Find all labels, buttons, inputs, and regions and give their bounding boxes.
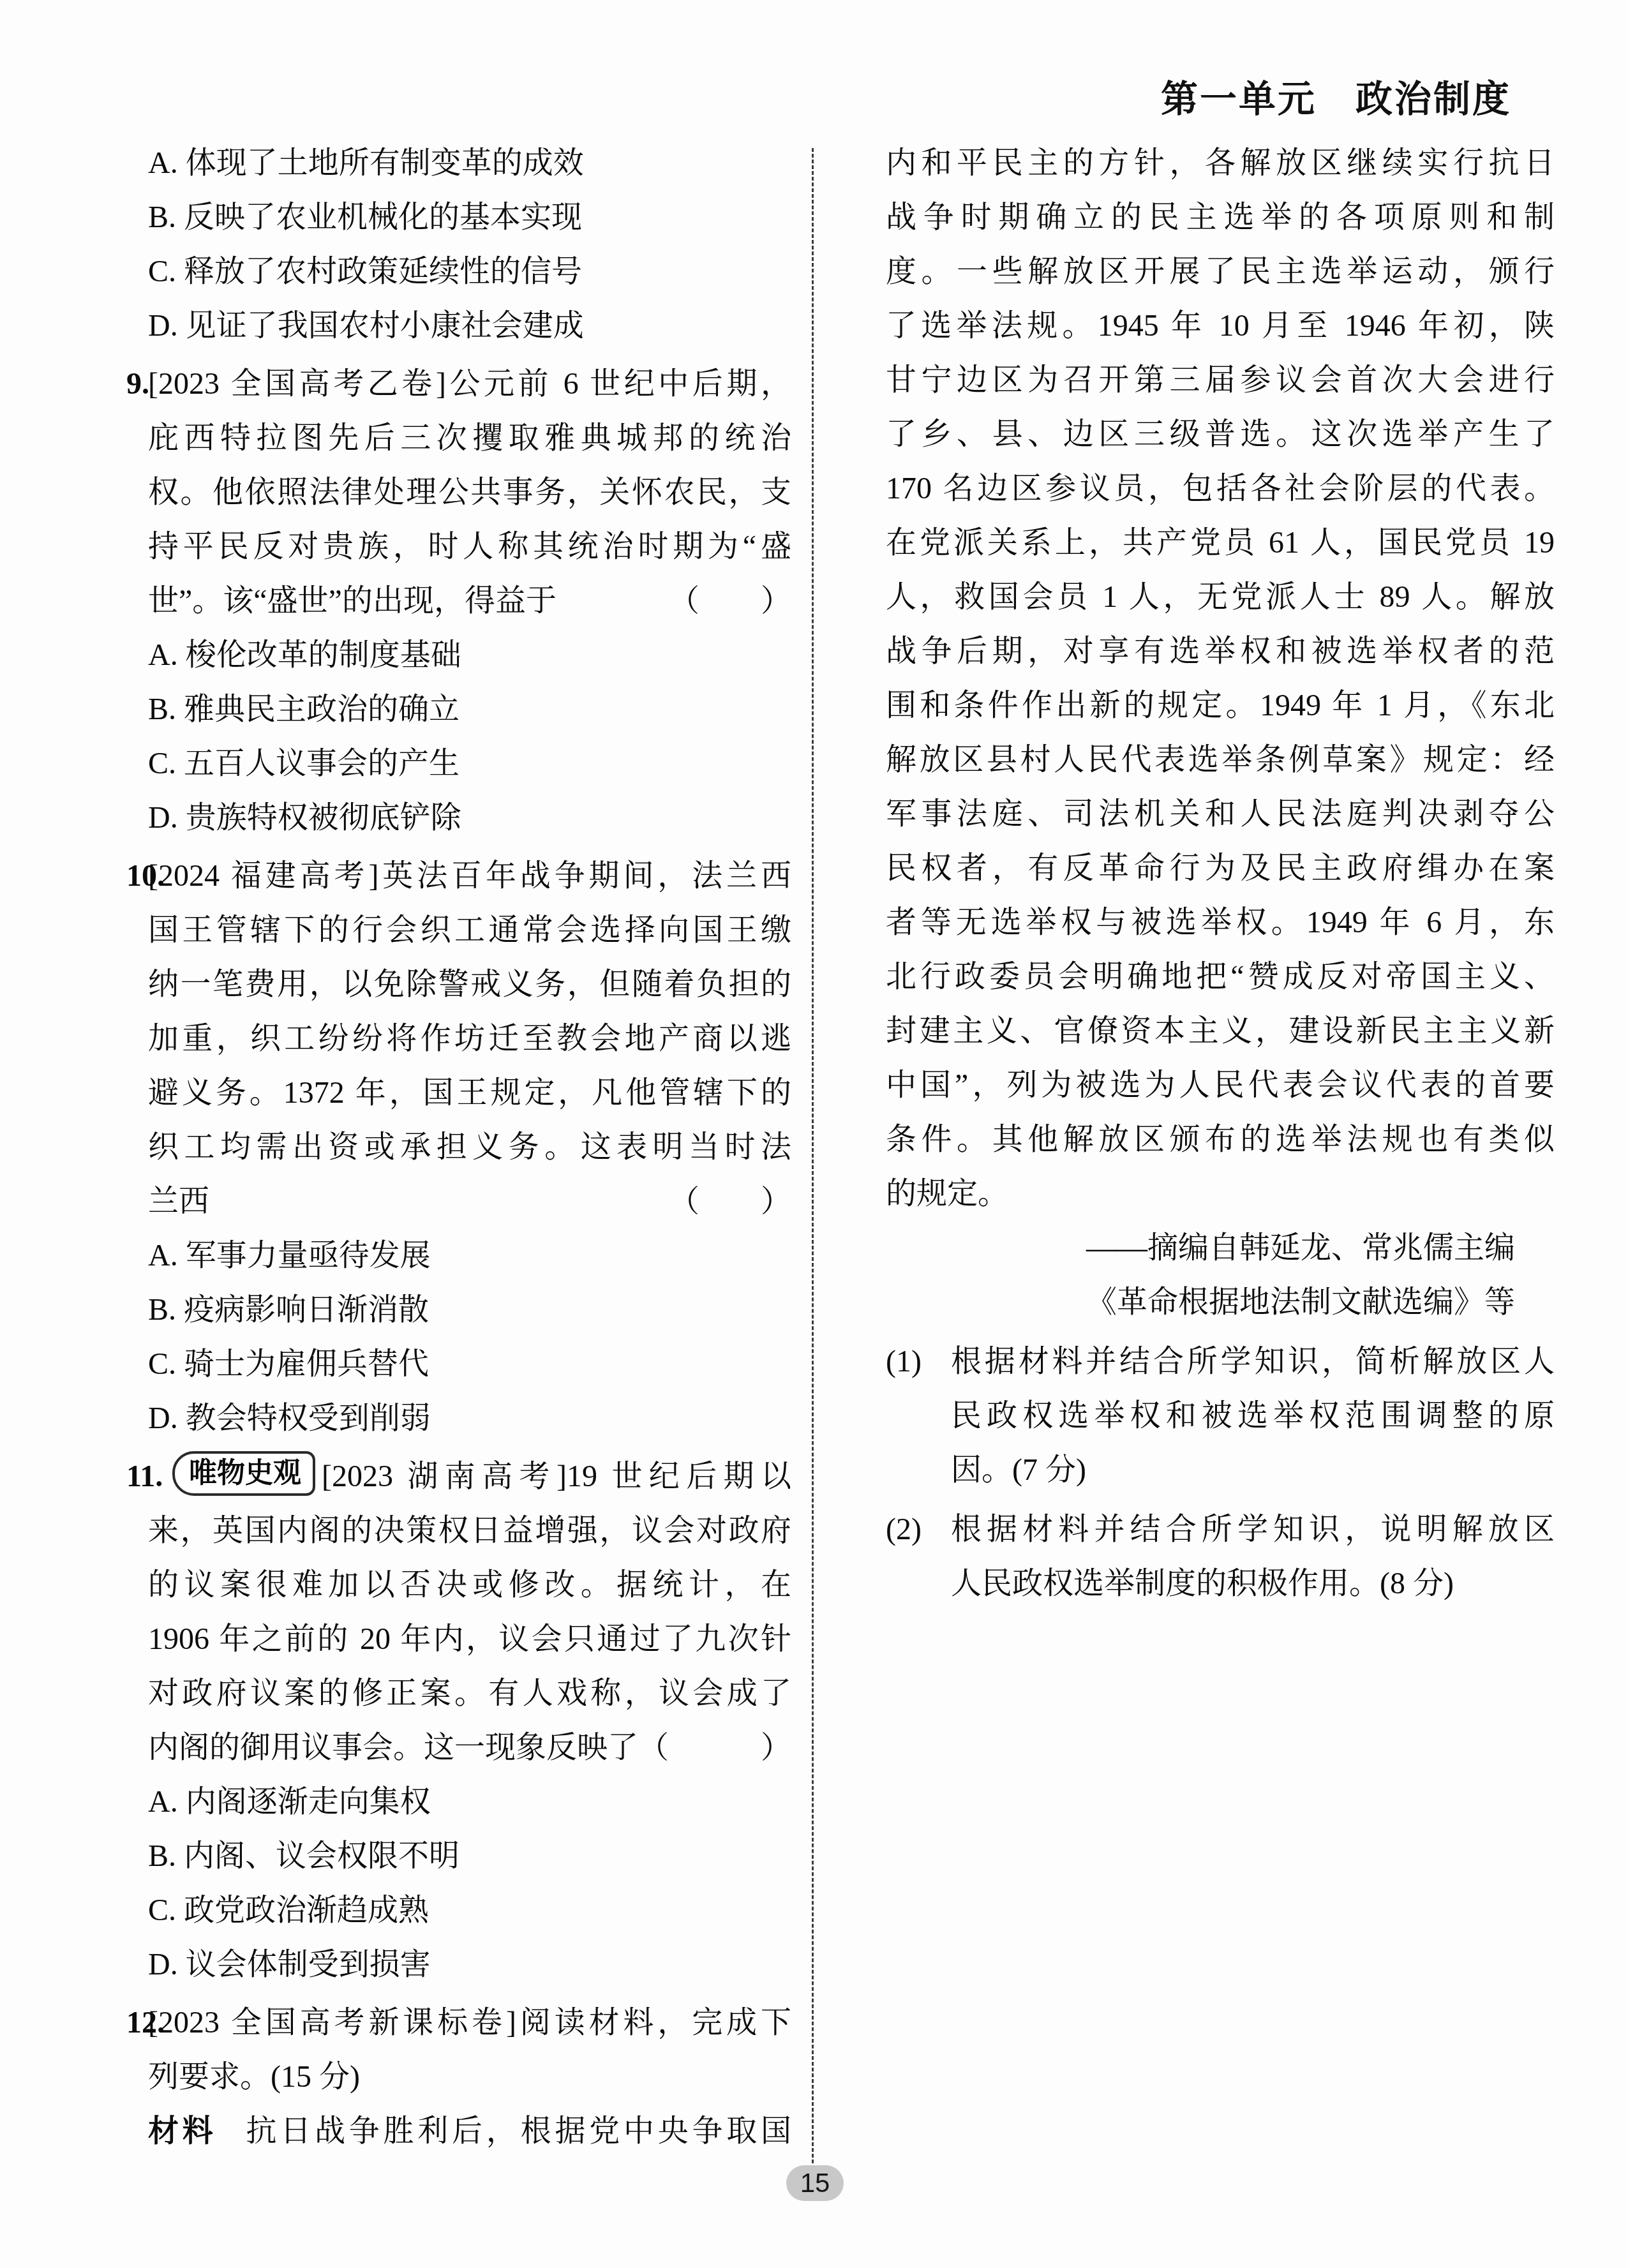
right-column: 内和平民主的方针，各解放区继续实行抗日 战争时期确立的民主选举的各项原则和制 度… [886,136,1555,1611]
question-stem-line: [2023 全国高考新课标卷]阅读材料，完成下 [148,1996,791,2050]
question-stem-line: 对政府议案的修正案。有人戏称，议会成了 [148,1666,791,1720]
question-number: 9. [126,357,149,411]
paragraph-line: 战争时期确立的民主选举的各项原则和制 [886,190,1555,244]
option-a: A. 军事力量亟待发展 [148,1228,791,1283]
sub-question-1: (1) 根据材料并结合所学知识，简析解放区人 民政权选举权和被选举权范围调整的原… [886,1334,1555,1497]
question-9: 9. [2023 全国高考乙卷]公元前 6 世纪中后期， 庇西特拉图先后三次攫取… [148,357,791,845]
question-number: 12. [126,1996,165,2050]
question-11: 11. 唯物史观[2023 湖南高考]19 世纪后期以 来，英国内阁的决策权日益… [148,1449,791,1992]
historical-materialism-badge: 唯物史观 [172,1451,315,1496]
paragraph-line: 封建主义、官僚资本主义，建设新民主主义新 [886,1004,1555,1058]
option-b: B. 内阁、议会权限不明 [148,1829,791,1883]
material-text: 抗日战争胜利后，根据党中央争取国 [246,2114,791,2148]
sub-question-line: 民政权选举权和被选举权范围调整的原 [951,1389,1555,1443]
paragraph-line: 中国”，列为被选为人民代表会议代表的首要 [886,1058,1555,1112]
paragraph-line: 者等无选举权与被选举权。1949 年 6 月，东 [886,895,1555,950]
paragraph-line: 条件。其他解放区颁布的选举法规也有类似 [886,1112,1555,1167]
paragraph-line: 军事法庭、司法机关和人民法庭判决剥夺公 [886,787,1555,841]
option-d: D. 贵族特权被彻底铲除 [148,791,791,845]
paragraph-line: 北行政委员会明确地把“赞成反对帝国主义、 [886,950,1555,1004]
option-d: D. 教会特权受到削弱 [148,1391,791,1445]
material-paragraph: 内和平民主的方针，各解放区继续实行抗日 战争时期确立的民主选举的各项原则和制 度… [886,136,1555,1221]
paragraph-line: 了乡、县、边区三级普选。这次选举产生了 [886,407,1555,461]
paragraph-line: 的规定。 [886,1167,1555,1221]
question-stem-line: 来，英国内阁的决策权日益增强，议会对政府 [148,1503,791,1558]
question-10: 10. [2024 福建高考]英法百年战争期间，法兰西 国王管辖下的行会织工通常… [148,849,791,1445]
sub-question-marker: (2) [886,1502,922,1556]
exam-page: 第一单元 政治制度 A. 体现了土地所有制变革的成效 B. 反映了农业机械化的基… [0,0,1628,2268]
option-b: B. 反映了农业机械化的基本实现 [148,190,791,244]
answer-brackets: （ ） [669,574,791,628]
question-stem-line: 庇西特拉图先后三次攫取雅典城邦的统治 [148,411,791,465]
page-number-badge: 15 [786,2165,844,2201]
question-stem-line: 权。他依照法律处理公共事务，关怀农民，支 [148,465,791,519]
question-number: 11. [126,1449,163,1503]
question-stem-line: 的议案很难加以否决或修改。据统计，在 [148,1558,791,1612]
question-stem-line: 1906 年之前的 20 年内，议会只通过了九次针 [148,1612,791,1666]
left-column: A. 体现了土地所有制变革的成效 B. 反映了农业机械化的基本实现 C. 释放了… [128,136,791,2158]
option-a: A. 体现了土地所有制变革的成效 [148,136,791,190]
paragraph-line: 内和平民主的方针，各解放区继续实行抗日 [886,136,1555,190]
stem-text: 内阁的御用议事会。这一现象反映了（ [148,1720,669,1775]
option-c: C. 政党政治渐趋成熟 [148,1883,791,1937]
material-line: 材料抗日战争胜利后，根据党中央争取国 [148,2104,791,2158]
option-a: A. 内阁逐渐走向集权 [148,1775,791,1829]
column-divider-dashed-rule [812,148,814,2163]
question-12: 12. [2023 全国高考新课标卷]阅读材料，完成下 列要求。(15 分) 材… [148,1996,791,2158]
option-c: C. 骑士为雇佣兵替代 [148,1337,791,1391]
page-header-unit-title: 第一单元 政治制度 [1161,69,1511,123]
option-a: A. 梭伦改革的制度基础 [148,628,791,682]
paragraph-line: 围和条件作出新的规定。1949 年 1 月，《东北 [886,678,1555,733]
question-8-options: A. 体现了土地所有制变革的成效 B. 反映了农业机械化的基本实现 C. 释放了… [148,136,791,353]
paragraph-line: 甘宁边区为召开第三届参议会首次大会进行 [886,353,1555,407]
paragraph-line: 170 名边区参议员，包括各社会阶层的代表。 [886,461,1555,516]
question-stem-line: 列要求。(15 分) [148,2050,791,2104]
sub-question-2: (2) 根据材料并结合所学知识，说明解放区 人民政权选举制度的积极作用。(8 分… [886,1502,1555,1611]
sub-question-line: 根据材料并结合所学知识，说明解放区 [951,1502,1555,1556]
stem-text: 兰西 [148,1174,209,1228]
paragraph-line: 人，救国会员 1 人，无党派人士 89 人。解放 [886,570,1555,624]
sub-question-marker: (1) [886,1334,922,1389]
question-stem-line: 避义务。1372 年，国王规定，凡他管辖下的 [148,1066,791,1120]
option-c: C. 五百人议事会的产生 [148,736,791,791]
option-d: D. 议会体制受到损害 [148,1937,791,1992]
question-stem-line: 持平民反对贵族，时人称其统治时期为“盛 [148,519,791,574]
option-b: B. 疫病影响日渐消散 [148,1283,791,1337]
paragraph-line: 度。一些解放区开展了民主选举运动，颁行 [886,244,1555,299]
question-stem-line: 世”。该“盛世”的出现，得益于 （ ） [148,574,791,628]
option-c: C. 释放了农村政策延续性的信号 [148,244,791,299]
paragraph-line: 解放区县村人民代表选举条例草案》规定：经 [886,733,1555,787]
question-stem-line: [2023 全国高考乙卷]公元前 6 世纪中后期， [148,357,791,411]
question-number: 10. [126,849,165,903]
sub-question-line: 人民政权选举制度的积极作用。(8 分) [951,1556,1555,1611]
paragraph-line: 民权者，有反革命行为及民主政府缉办在案 [886,841,1555,895]
question-stem-line: 加重，织工纷纷将作坊迁至教会地产商以逃 [148,1011,791,1066]
material-label: 材料 [148,2114,217,2148]
question-stem-line: 织工均需出资或承担义务。这表明当时法 [148,1120,791,1174]
source-attribution: 《革命根据地法制文献选编》等 [886,1275,1555,1329]
question-stem-line: 内阁的御用议事会。这一现象反映了（ ） [148,1720,791,1775]
stem-text: [2023 湖南高考]19 世纪后期以 [322,1459,791,1493]
answer-brackets: ） [761,1720,791,1775]
paragraph-line: 战争后期，对享有选举权和被选举权者的范 [886,624,1555,678]
paragraph-line: 了选举法规。1945 年 10 月至 1946 年初，陕 [886,299,1555,353]
option-b: B. 雅典民主政治的确立 [148,682,791,736]
option-d: D. 见证了我国农村小康社会建成 [148,299,791,353]
answer-brackets: （ ） [669,1174,791,1228]
source-attribution: ——摘编自韩延龙、常兆儒主编 [886,1221,1555,1275]
question-stem-line: [2024 福建高考]英法百年战争期间，法兰西 [148,849,791,903]
sub-question-line: 根据材料并结合所学知识，简析解放区人 [951,1334,1555,1389]
question-stem-line: 唯物史观[2023 湖南高考]19 世纪后期以 [148,1449,791,1503]
question-stem-line: 国王管辖下的行会织工通常会选择向国王缴 [148,903,791,957]
stem-text: 世”。该“盛世”的出现，得益于 [148,574,556,628]
question-stem-line: 兰西 （ ） [148,1174,791,1228]
sub-question-line: 因。(7 分) [951,1443,1555,1497]
paragraph-line: 在党派关系上，共产党员 61 人，国民党员 19 [886,516,1555,570]
page-number: 15 [800,2168,830,2198]
question-stem-line: 纳一笔费用，以免除警戒义务，但随着负担的 [148,957,791,1011]
